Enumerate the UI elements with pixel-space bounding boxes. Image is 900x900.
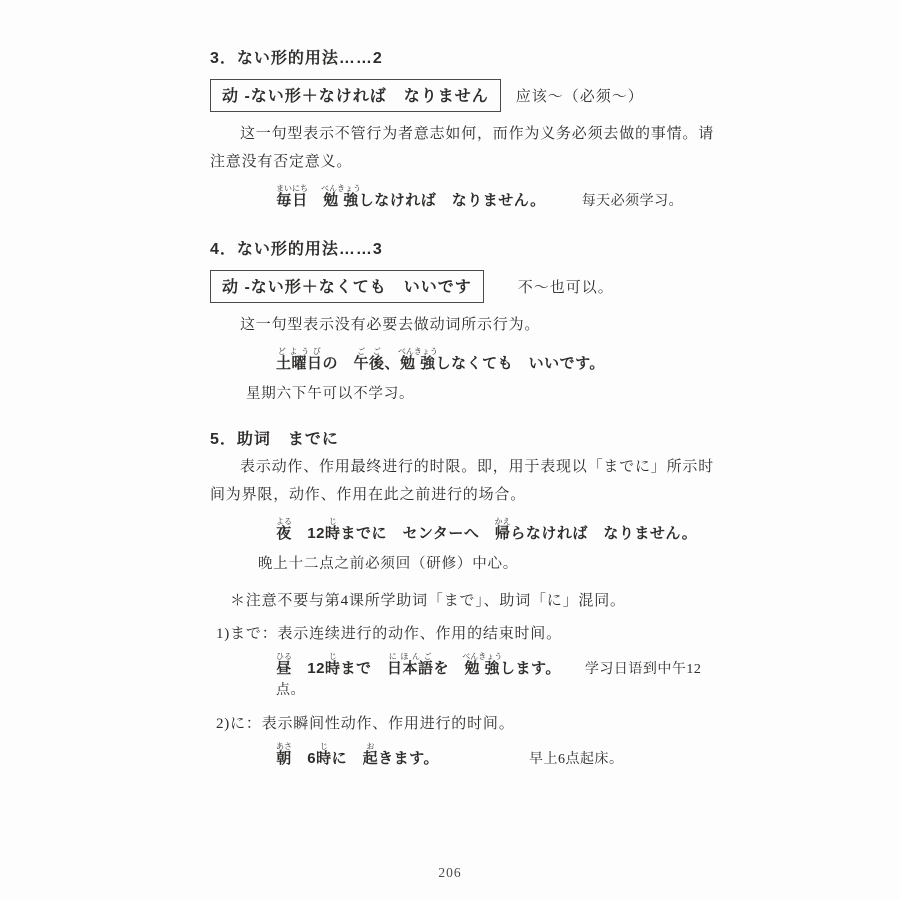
- item-2-example: 朝あさ 6時じに 起おきます。早上6点起床。: [276, 742, 725, 770]
- text-segment: します。: [500, 660, 561, 677]
- ruby-segment: 時じ: [316, 750, 332, 767]
- ruby-segment: 時じ: [325, 525, 341, 542]
- section-5-note: ＊注意不要与第4课所学助词「まで」、助词「に」混同。: [230, 591, 725, 611]
- ruby-segment: 土曜日どようび: [276, 355, 323, 372]
- item-1-label: 1)まで：表示连续进行的动作、作用的结束时间。: [216, 624, 725, 644]
- item-1-example: 昼ひる 12時じまで 日本語にほんごを 勉強べんきょうします。学习日语到中午12…: [276, 652, 725, 701]
- section-5-example-translation: 晚上十二点之前必须回（研修）中心。: [258, 554, 725, 574]
- text-segment: 6: [292, 750, 316, 767]
- text-segment: 12: [292, 660, 325, 677]
- section-3-example: 毎日まいにち 勉強べんきょうしなければ なりません。每天必须学习。: [276, 184, 725, 212]
- section-4-heading: 4．ない形的用法……3: [210, 239, 725, 261]
- item-2-label: 2)に：表示瞬间性动作、作用进行的时间。: [216, 714, 725, 734]
- grammar-pattern-box: 动 -ない形＋なくても いいです: [210, 270, 484, 303]
- ruby-segment: 起お: [363, 750, 379, 767]
- example-sentence: 毎日まいにち 勉強べんきょうしなければ なりません。: [276, 192, 546, 209]
- section-3-heading: 3．ない形的用法……2: [210, 48, 725, 70]
- section-4: 4．ない形的用法……3 动 -ない形＋なくても いいです 不～也可以。 这一句型…: [210, 239, 725, 404]
- ruby-segment: 勉強べんきょう: [400, 355, 436, 372]
- text-segment: の: [323, 355, 354, 372]
- example-translation: 早上6点起床。: [529, 752, 624, 767]
- section-5-example: 夜よる 12時じまでに センターへ 帰かえらなければ なりません。: [276, 517, 725, 544]
- grammar-pattern-box: 动 -ない形＋なければ なりません: [210, 79, 501, 112]
- text-segment: きます。: [378, 750, 439, 767]
- ruby-segment: 昼ひる: [276, 660, 292, 677]
- ruby-segment: 夜よる: [276, 525, 292, 542]
- ruby-segment: 勉強べんきょう: [323, 192, 359, 209]
- section-3: 3．ない形的用法……2 动 -ない形＋なければ なりません 应该～（必须～） 这…: [210, 48, 725, 212]
- ruby-segment: 帰かえ: [495, 525, 511, 542]
- ruby-segment: 朝あさ: [276, 750, 292, 767]
- text-segment: を: [433, 660, 464, 677]
- text-segment: までに センターへ: [340, 525, 494, 542]
- section-4-example-translation: 星期六下午可以不学习。: [246, 384, 725, 404]
- text-segment: 12: [292, 525, 325, 542]
- page-number: 206: [0, 865, 900, 881]
- section-4-explanation: 这一句型表示没有必要去做动词所示行为。: [210, 311, 725, 339]
- example-sentence: 土曜日どようびの 午後ごご、勉強べんきょうしなくても いいです。: [276, 355, 605, 372]
- section-5: 5．助词 までに 表示动作、作用最终进行的时限。即，用于表现以「までに」所示时间…: [210, 429, 725, 770]
- section-4-example: 土曜日どようびの 午後ごご、勉強べんきょうしなくても いいです。: [276, 347, 725, 374]
- ruby-segment: 午後ごご: [354, 355, 385, 372]
- text-segment: しなくても いいです。: [436, 355, 605, 372]
- section-4-pattern-row: 动 -ない形＋なくても いいです 不～也可以。: [210, 270, 725, 303]
- pattern-meaning: 不～也可以。: [518, 276, 614, 297]
- textbook-page: 3．ない形的用法……2 动 -ない形＋なければ なりません 应该～（必须～） 这…: [0, 0, 900, 900]
- pattern-meaning: 应该～（必须～）: [516, 85, 644, 106]
- section-5-heading: 5．助词 までに: [210, 429, 725, 451]
- section-3-pattern-row: 动 -ない形＋なければ なりません 应该～（必须～）: [210, 79, 725, 112]
- ruby-segment: 勉強べんきょう: [465, 660, 501, 677]
- text-segment: まで: [340, 660, 387, 677]
- example-sentence: 朝あさ 6時じに 起おきます。: [276, 750, 439, 767]
- text-segment: しなければ なりません。: [359, 192, 546, 209]
- text-segment: らなければ なりません。: [510, 525, 697, 542]
- page-content: 3．ない形的用法……2 动 -ない形＋なければ なりません 应该～（必须～） 这…: [210, 48, 725, 770]
- example-sentence: 夜よる 12時じまでに センターへ 帰かえらなければ なりません。: [276, 525, 697, 542]
- ruby-segment: 毎日まいにち: [276, 192, 308, 209]
- example-sentence: 昼ひる 12時じまで 日本語にほんごを 勉強べんきょうします。: [276, 660, 561, 677]
- example-translation: 每天必须学习。: [582, 194, 684, 209]
- section-3-explanation: 这一句型表示不管行为者意志如何，而作为义务必须去做的事情。请注意没有否定意义。: [210, 120, 725, 176]
- text-segment: に: [332, 750, 363, 767]
- ruby-segment: 時じ: [325, 660, 341, 677]
- ruby-segment: 日本語にほんご: [387, 660, 434, 677]
- section-5-explanation: 表示动作、作用最终进行的时限。即，用于表现以「までに」所示时间为界限，动作、作用…: [210, 453, 725, 509]
